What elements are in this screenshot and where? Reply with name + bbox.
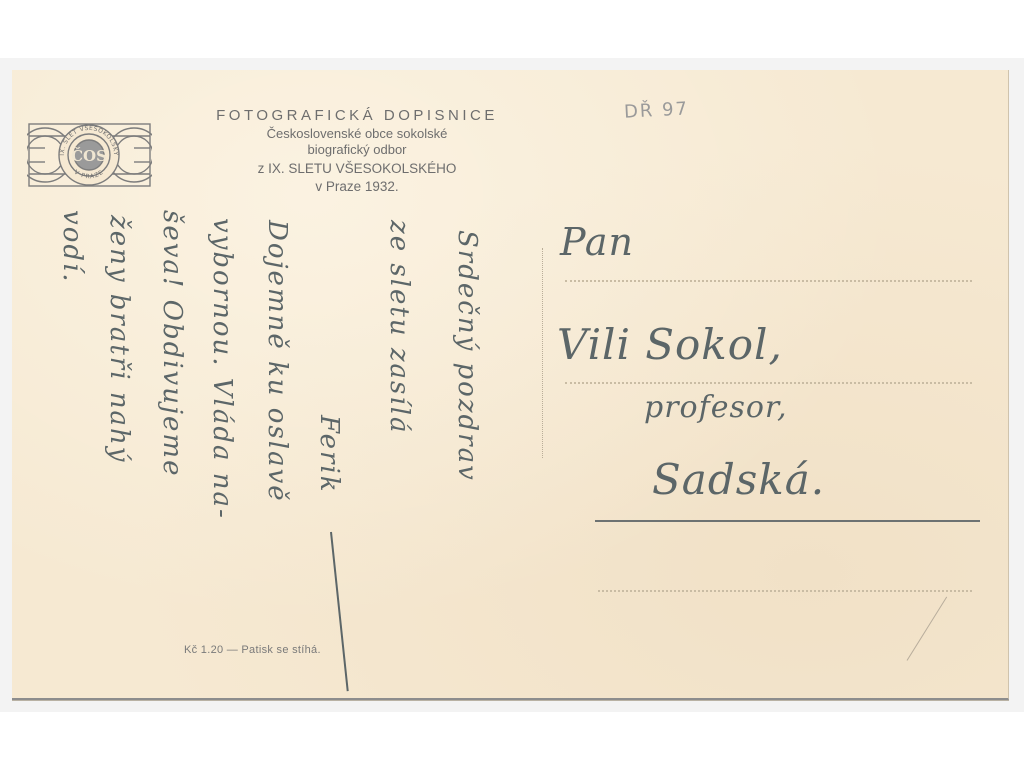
address-town: Sadská.: [652, 455, 825, 504]
address-line-4: [598, 590, 972, 592]
address-line-2: [565, 382, 972, 384]
message-column-1: Srdečný pozdrav: [452, 230, 482, 482]
section-divider: [542, 248, 543, 458]
message-column-6: ševa! Obdivujeme: [157, 210, 187, 477]
postcard: ČOS IX. SLET VŠESOKOLSKÝ V PRAZE FOTOGRA…: [12, 70, 1009, 700]
pencil-catalogue-note: DŘ 97: [623, 98, 689, 122]
message-column-8: vodí.: [57, 210, 87, 284]
header-publisher: Československé obce sokolské: [187, 126, 527, 142]
sokol-emblem-icon: ČOS IX. SLET VŠESOKOLSKÝ V PRAZE: [27, 120, 152, 192]
page-background-bottom: [0, 712, 1024, 768]
header-place-year: v Praze 1932.: [187, 178, 527, 196]
address-name: Vili Sokol,: [557, 320, 783, 369]
address-title: profesor,: [644, 390, 788, 425]
svg-text:ČOS: ČOS: [71, 147, 107, 165]
header-title: FOTOGRAFICKÁ DOPISNICE: [187, 106, 527, 126]
message-column-3: Ferik: [314, 415, 344, 494]
signature-stroke: [330, 532, 349, 691]
message-column-4: Dojemně ku oslavě: [262, 220, 292, 503]
message-column-2: ze sletu zasílá: [384, 220, 414, 435]
message-column-5: vybornou. Vláda na-: [207, 218, 237, 520]
message-column-7: ženy bratři nahý: [104, 215, 134, 464]
address-line-3-underline: [595, 520, 980, 522]
pencil-mark: [907, 597, 948, 661]
address-line-1: [565, 280, 972, 282]
address-salutation: Pan: [560, 220, 634, 264]
header-department: biografický odbor: [187, 142, 527, 158]
header-event: z IX. SLETU VŠESOKOLSKÉHO: [187, 160, 527, 177]
page-background-top: [0, 0, 1024, 58]
printed-header: FOTOGRAFICKÁ DOPISNICE Československé ob…: [187, 106, 527, 196]
price-note: Kč 1.20 — Patisk se stíhá.: [184, 644, 321, 656]
